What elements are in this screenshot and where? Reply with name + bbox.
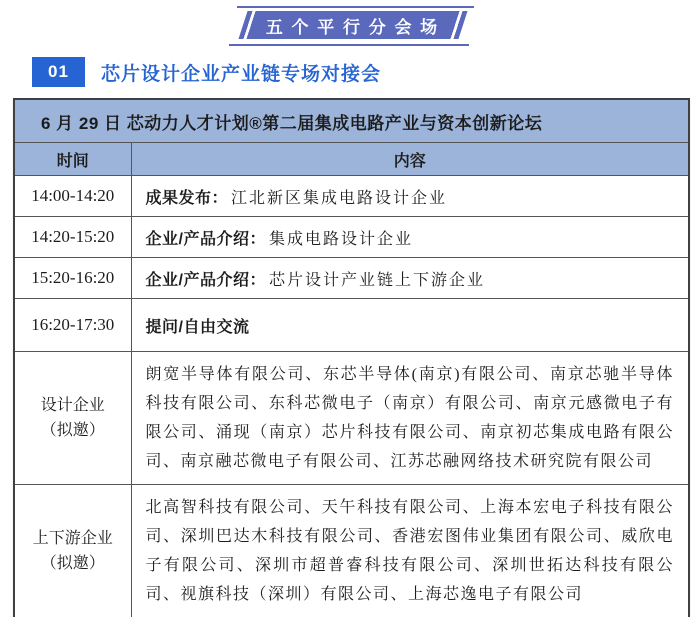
banner-bottom-line <box>229 44 469 46</box>
time-cell: 16:20-17:30 <box>14 299 131 352</box>
banner-ribbon: 五 个 平 行 分 会 场 <box>238 11 467 39</box>
content-cell: 企业/产品介绍：集成电路设计企业 <box>131 217 689 258</box>
time-cell: 14:20-15:20 <box>14 217 131 258</box>
category-line-1: 设计企业 <box>16 393 130 418</box>
category-line-2: （拟邀） <box>16 418 130 443</box>
schedule-row-4: 16:20-17:30 提问/自由交流 <box>14 299 689 352</box>
schedule-row-updownstream-companies: 上下游企业 （拟邀） 北高智科技有限公司、天午科技有限公司、上海本宏电子科技有限… <box>14 485 689 617</box>
content-label: 企业/产品介绍： <box>146 272 266 289</box>
section-title: 芯片设计企业产业链专场对接会 <box>101 57 381 87</box>
company-list: 朗宽半导体有限公司、东芯半导体(南京)有限公司、南京芯驰半导体科技有限公司、东科… <box>131 352 689 485</box>
table-header-row: 时间 内容 <box>14 143 689 176</box>
time-cell: 设计企业 （拟邀） <box>14 352 131 485</box>
company-list: 北高智科技有限公司、天午科技有限公司、上海本宏电子科技有限公司、深圳巴达木科技有… <box>131 485 689 617</box>
content-text: 集成电路设计企业 <box>269 231 413 248</box>
content-text: 江北新区集成电路设计企业 <box>231 190 447 207</box>
content-cell: 成果发布：江北新区集成电路设计企业 <box>131 176 689 217</box>
category-line-2: （拟邀） <box>16 551 130 576</box>
time-cell: 14:00-14:20 <box>14 176 131 217</box>
col-header-time: 时间 <box>14 143 131 176</box>
time-cell: 15:20-16:20 <box>14 258 131 299</box>
banner-top-line <box>237 6 474 8</box>
content-cell: 提问/自由交流 <box>131 299 689 352</box>
schedule-table: 6 月 29 日 芯动力人才计划®第二届集成电路产业与资本创新论坛 时间 内容 … <box>13 98 690 617</box>
content-label: 企业/产品介绍： <box>146 231 266 248</box>
schedule-row-1: 14:00-14:20 成果发布：江北新区集成电路设计企业 <box>14 176 689 217</box>
content-text: 芯片设计产业链上下游企业 <box>269 272 485 289</box>
table-title-row: 6 月 29 日 芯动力人才计划®第二届集成电路产业与资本创新论坛 <box>14 99 689 143</box>
section-number-badge: 01 <box>32 57 85 87</box>
schedule-row-3: 15:20-16:20 企业/产品介绍：芯片设计产业链上下游企业 <box>14 258 689 299</box>
content-cell: 企业/产品介绍：芯片设计产业链上下游企业 <box>131 258 689 299</box>
schedule-row-2: 14:20-15:20 企业/产品介绍：集成电路设计企业 <box>14 217 689 258</box>
time-cell: 上下游企业 （拟邀） <box>14 485 131 617</box>
banner-title: 五 个 平 行 分 会 场 <box>266 13 439 38</box>
category-line-1: 上下游企业 <box>16 526 130 551</box>
schedule-row-design-companies: 设计企业 （拟邀） 朗宽半导体有限公司、东芯半导体(南京)有限公司、南京芯驰半导… <box>14 352 689 485</box>
content-label: 成果发布： <box>146 190 229 207</box>
table-title: 6 月 29 日 芯动力人才计划®第二届集成电路产业与资本创新论坛 <box>14 99 689 143</box>
content-label: 提问/自由交流 <box>146 319 250 336</box>
col-header-content: 内容 <box>131 143 689 176</box>
